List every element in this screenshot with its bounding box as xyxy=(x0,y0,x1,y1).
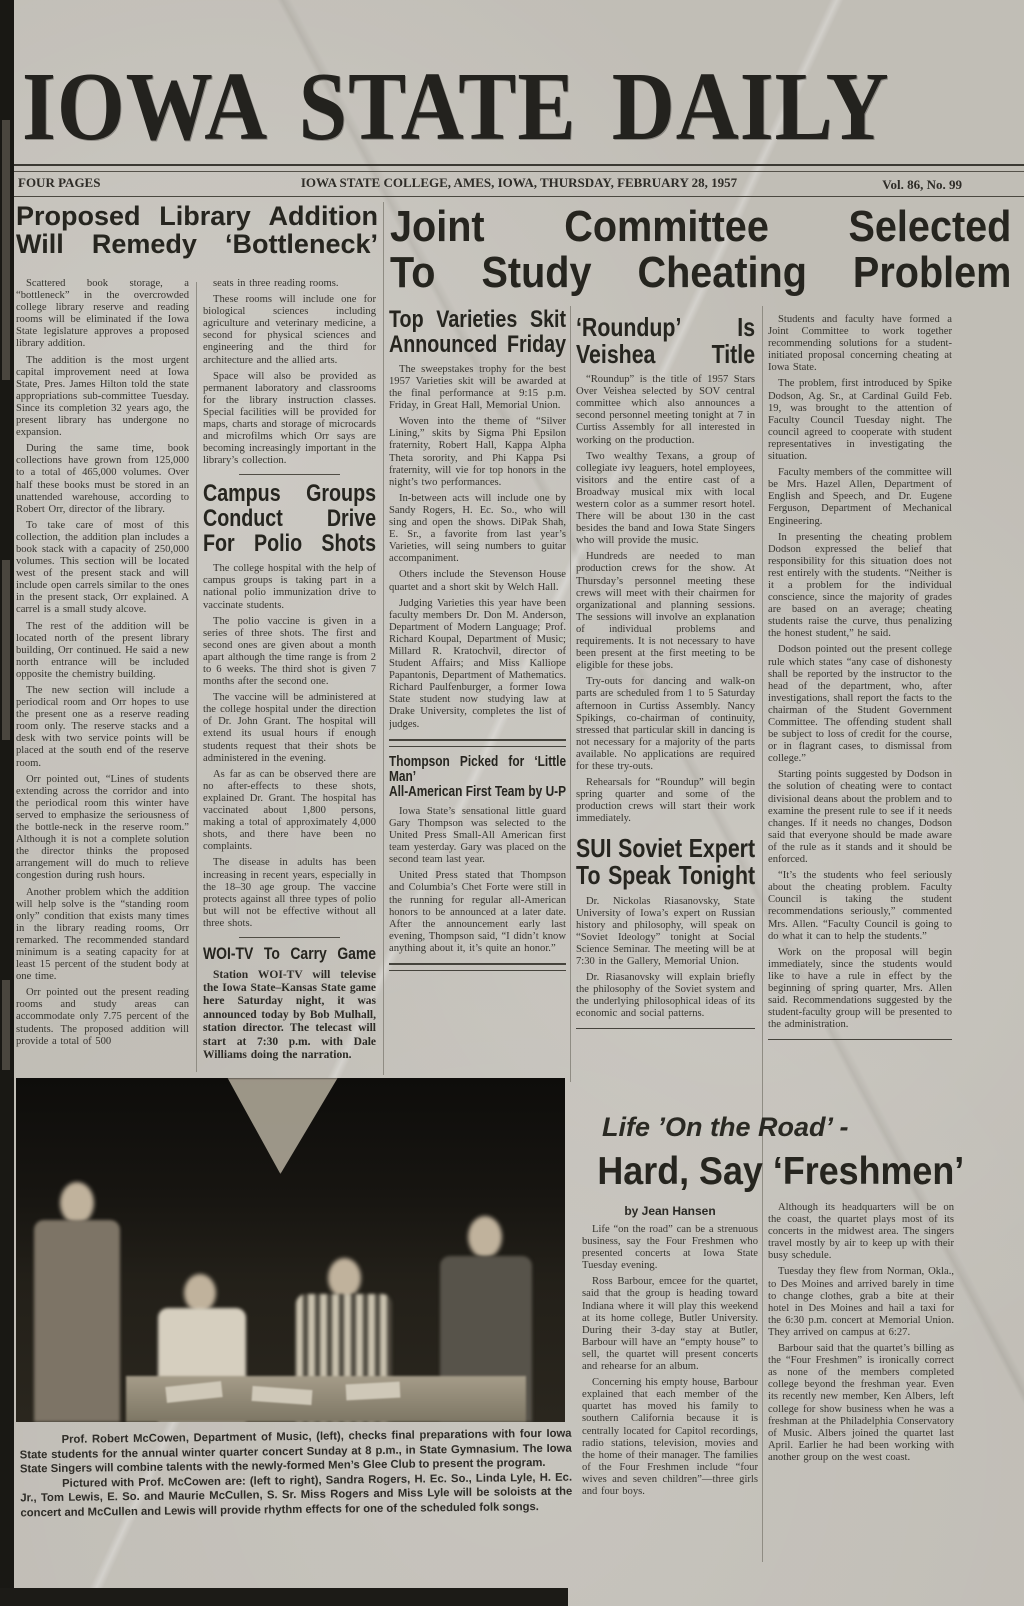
paragraph: Orr pointed out, “Lines of students exte… xyxy=(16,774,189,883)
paragraph: Scattered book storage, a “bottleneck” i… xyxy=(16,278,189,351)
scan-edge-mark xyxy=(2,120,10,380)
column-rule xyxy=(383,202,384,1075)
roundup-headline-line1: ‘Roundup’ Is xyxy=(576,314,755,341)
cheating-body-column: Students and faculty have formed a Joint… xyxy=(768,314,952,1140)
freshmen-headline: Hard, Say ‘Freshmen’ xyxy=(597,1150,950,1194)
paragraph: Station WOI-TV will televise the Iowa St… xyxy=(203,969,376,1063)
paragraph: The vaccine will be administered at the … xyxy=(203,692,376,765)
section-rule xyxy=(576,1028,755,1029)
article-thompson: Thompson Picked for ‘Little Man’ All-Ame… xyxy=(389,755,566,971)
paragraph: Orr pointed out the present reading room… xyxy=(16,987,189,1047)
sheet-music xyxy=(346,1382,401,1401)
scan-edge-mark xyxy=(2,980,10,1070)
paragraph: seats in three reading rooms. xyxy=(203,278,376,290)
paragraph: Concerning his empty house, Barbour expl… xyxy=(582,1377,758,1498)
paragraph: Ross Barbour, emcee for the quartet, sai… xyxy=(582,1276,758,1373)
library-headline-line1: Proposed Library Addition xyxy=(16,202,378,230)
paragraph: These rooms will include one for biologi… xyxy=(203,294,376,367)
cheating-headline-line2: To Study Cheating Problem xyxy=(390,250,1011,296)
paragraph: Judging Varieties this year have been fa… xyxy=(389,598,566,731)
varieties-body: The sweepstakes trophy for the best 1957… xyxy=(389,364,566,731)
paragraph: The sweepstakes trophy for the best 1957… xyxy=(389,364,566,412)
thompson-body: Iowa State’s sensational little guard Ga… xyxy=(389,806,566,955)
column-rule xyxy=(570,306,571,1082)
section-rule xyxy=(239,474,339,475)
photo-light-area xyxy=(166,1078,386,1174)
dateline-rule xyxy=(14,196,1024,197)
scan-edge-strip xyxy=(0,0,14,1606)
scan-bottom-band xyxy=(0,1588,568,1606)
sui-headline-line2: To Speak Tonight xyxy=(576,862,755,889)
paragraph: Dodson pointed out the present college r… xyxy=(768,644,952,765)
paragraph: Dr. Nickolas Riasanovsky, State Universi… xyxy=(576,896,755,969)
woi-body: Station WOI-TV will televise the Iowa St… xyxy=(203,969,376,1063)
polio-headline-line2: Conduct Drive xyxy=(203,507,376,532)
library-headline-line2: Will Remedy ‘Bottleneck’ xyxy=(16,230,378,258)
polio-headline-line3: For Polio Shots xyxy=(203,532,376,557)
paragraph: Try-outs for dancing and walk-on parts a… xyxy=(576,676,755,773)
person-silhouette xyxy=(184,1274,216,1312)
paragraph: The polio vaccine is given in a series o… xyxy=(203,616,376,689)
group-photo xyxy=(16,1078,565,1422)
woi-headline: WOI-TV To Carry Game xyxy=(203,945,376,963)
paragraph: The rest of the addition will be located… xyxy=(16,621,189,681)
paragraph: Although its headquarters will be on the… xyxy=(768,1202,954,1262)
cheating-headline-line1: Joint Committee Selected xyxy=(390,204,1011,250)
dateline: IOWA STATE COLLEGE, AMES, IOWA, THURSDAY… xyxy=(14,175,1024,191)
person-silhouette xyxy=(328,1258,361,1298)
freshmen-column-1: by Jean Hansen Life “on the road” can be… xyxy=(582,1204,758,1594)
paragraph: The college hospital with the help of ca… xyxy=(203,563,376,611)
freshmen-body-1: Life “on the road” can be a strenuous bu… xyxy=(582,1224,758,1498)
sui-headline-line1: SUI Soviet Expert xyxy=(576,835,755,862)
photo-caption: Prof. Robert McCowen, Department of Musi… xyxy=(19,1427,572,1521)
paragraph: In presenting the cheating problem Dodso… xyxy=(768,532,952,641)
paragraph: Another problem which the addition will … xyxy=(16,887,189,984)
column-rule xyxy=(196,282,197,1072)
library-column-2: seats in three reading rooms.These rooms… xyxy=(203,278,376,1076)
paragraph: Faculty members of the committee will be… xyxy=(768,467,952,527)
person-silhouette xyxy=(468,1216,502,1258)
paragraph: The problem, first introduced by Spike D… xyxy=(768,378,952,463)
article-sui-expert: SUI Soviet Expert To Speak Tonight Dr. N… xyxy=(576,835,755,1029)
article-varieties: Top Varieties Skit Announced Friday The … xyxy=(389,308,566,731)
section-rule xyxy=(239,937,339,938)
paragraph: United Press stated that Thompson and Co… xyxy=(389,870,566,955)
paragraph: Dr. Riasanovsky will explain briefly the… xyxy=(576,972,755,1020)
section-rule-double xyxy=(389,963,566,971)
person-silhouette xyxy=(34,1220,120,1422)
paragraph: Pictured with Prof. McCowen are: (left t… xyxy=(20,1470,572,1520)
paragraph: Space will also be provided as permanent… xyxy=(203,371,376,468)
paragraph: In-between acts will include one by Sand… xyxy=(389,493,566,566)
paragraph: Prof. Robert McCowen, Department of Musi… xyxy=(19,1427,571,1477)
article-roundup: ‘Roundup’ Is Veishea Title “Roundup” is … xyxy=(576,314,755,825)
byline: by Jean Hansen xyxy=(582,1204,758,1218)
paragraph: Two wealthy Texans, a group of collegiat… xyxy=(576,451,755,548)
paragraph: Starting points suggested by Dodson in t… xyxy=(768,769,952,866)
paragraph: To take care of most of this collection,… xyxy=(16,520,189,617)
library-column-2-text: seats in three reading rooms.These rooms… xyxy=(203,278,376,467)
library-column-1: Scattered book storage, a “bottleneck” i… xyxy=(16,278,189,1076)
paragraph: Iowa State’s sensational little guard Ga… xyxy=(389,806,566,866)
paragraph: “Roundup” is the title of 1957 Stars Ove… xyxy=(576,374,755,447)
paragraph: Others include the Stevenson House quart… xyxy=(389,569,566,593)
paragraph: Hundreds are needed to man production cr… xyxy=(576,551,755,672)
masthead-title: IOWA STATE DAILY xyxy=(22,58,913,155)
varieties-thompson-column: Top Varieties Skit Announced Friday The … xyxy=(389,308,566,1086)
paragraph: The new section will include a periodica… xyxy=(16,685,189,770)
roundup-headline-line2: Veishea Title xyxy=(576,341,755,368)
sui-body: Dr. Nickolas Riasanovsky, State Universi… xyxy=(576,896,755,1021)
varieties-headline-line2: Announced Friday xyxy=(389,333,566,358)
article-polio: Campus Groups Conduct Drive For Polio Sh… xyxy=(203,482,376,557)
paragraph: The disease in adults has been increasin… xyxy=(203,857,376,930)
newspaper-page: IOWA STATE DAILY FOUR PAGES IOWA STATE C… xyxy=(0,0,1024,1606)
paragraph: Rehearsals for “Roundup” will begin spri… xyxy=(576,777,755,825)
paragraph: The addition is the most urgent capital … xyxy=(16,355,189,440)
roundup-body: “Roundup” is the title of 1957 Stars Ove… xyxy=(576,374,755,825)
person-silhouette xyxy=(60,1182,94,1224)
thompson-headline-line2: All-American First Team by U-P xyxy=(389,785,566,800)
paragraph: Barbour said that the quartet’s billing … xyxy=(768,1343,954,1464)
paragraph: During the same time, book collections h… xyxy=(16,443,189,516)
scan-edge-mark xyxy=(2,560,10,740)
polio-headline-line1: Campus Groups xyxy=(203,482,376,507)
column-rule xyxy=(762,306,763,1562)
paragraph: As far as can be observed there are no a… xyxy=(203,769,376,854)
cheating-body: Students and faculty have formed a Joint… xyxy=(768,314,952,1031)
varieties-headline-line1: Top Varieties Skit xyxy=(389,308,566,333)
paragraph: Students and faculty have formed a Joint… xyxy=(768,314,952,374)
volume-number: Vol. 86, No. 99 xyxy=(882,177,962,193)
polio-body: The college hospital with the help of ca… xyxy=(203,563,376,930)
thompson-headline-line1: Thompson Picked for ‘Little Man’ xyxy=(389,755,566,785)
dateline-row: FOUR PAGES IOWA STATE COLLEGE, AMES, IOW… xyxy=(14,172,1024,194)
section-rule xyxy=(768,1039,952,1040)
paragraph: Work on the proposal will begin immediat… xyxy=(768,947,952,1032)
roundup-sui-column: ‘Roundup’ Is Veishea Title “Roundup” is … xyxy=(576,314,755,1136)
paragraph: “It’s the students who feel seriously ab… xyxy=(768,870,952,943)
paragraph: Tuesday they flew from Norman, Okla., to… xyxy=(768,1266,954,1339)
paragraph: Life “on the road” can be a strenuous bu… xyxy=(582,1224,758,1272)
kicker: Life ’On the Road’ - xyxy=(602,1112,849,1143)
freshmen-column-2: Although its headquarters will be on the… xyxy=(768,1202,954,1594)
article-woi-tv: WOI-TV To Carry Game xyxy=(203,945,376,963)
section-rule-double xyxy=(389,739,566,747)
masthead-rule xyxy=(14,164,1024,172)
paragraph: Woven into the theme of “Silver Lining,”… xyxy=(389,416,566,489)
